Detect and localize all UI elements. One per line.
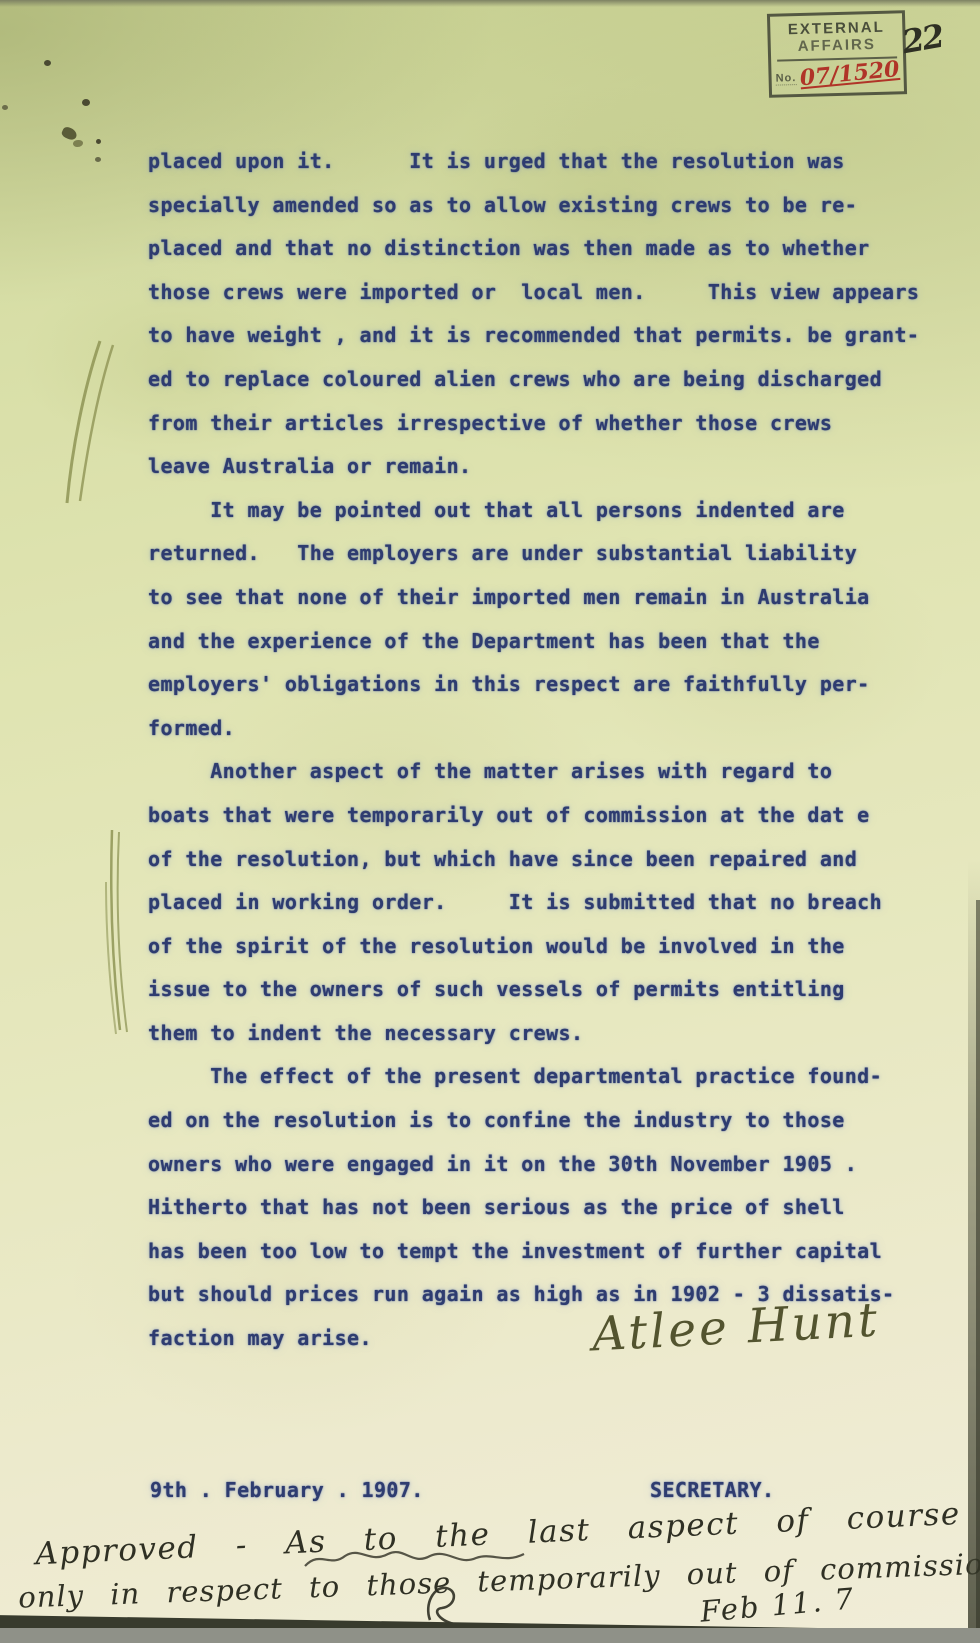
body-line: boats that were temporarily out of commi… (148, 794, 948, 838)
ink-speck (95, 157, 101, 162)
margin-emphasis-mark-lower (86, 822, 136, 1037)
ink-speck (96, 139, 101, 144)
body-line: placed in working order. It is submitted… (148, 881, 948, 925)
body-line: of the spirit of the resolution would be… (148, 925, 948, 969)
body-line: owners who were engaged in it on the 30t… (148, 1143, 948, 1187)
body-line: ed on the resolution is to confine the i… (148, 1099, 948, 1143)
body-line: Another aspect of the matter arises with… (148, 750, 948, 794)
body-line: employers' obligations in this respect a… (148, 663, 948, 707)
body-line: them to indent the necessary crews. (148, 1012, 948, 1056)
body-line: Hitherto that has not been serious as th… (148, 1186, 948, 1230)
body-line: those crews were imported or local men. … (148, 271, 948, 315)
body-line: to see that none of their imported men r… (148, 576, 948, 620)
body-line: leave Australia or remain. (148, 445, 948, 489)
body-line: and the experience of the Department has… (148, 620, 948, 664)
ink-speck (2, 105, 8, 110)
body-line: ed to replace coloured alien crews who a… (148, 358, 948, 402)
secretary-label: SECRETARY. (650, 1478, 774, 1502)
body-line: The effect of the present departmental p… (148, 1055, 948, 1099)
external-affairs-stamp: EXTERNAL AFFAIRS No. 07/1520 (767, 10, 907, 98)
body-line: It may be pointed out that all persons i… (148, 489, 948, 533)
body-line: formed. (148, 707, 948, 751)
ink-speck (82, 99, 90, 106)
stamp-file-number: 07/1520 (799, 59, 901, 89)
ink-speck (44, 60, 51, 66)
paper-right-edge-line (976, 900, 980, 1629)
body-line: to have weight , and it is recommended t… (148, 314, 948, 358)
stamp-department-line2: AFFAIRS (771, 35, 903, 55)
scanned-document-page: EXTERNAL AFFAIRS No. 07/1520 22 placed u… (0, 0, 980, 1643)
body-line: specially amended so as to allow existin… (148, 184, 948, 228)
body-line: placed upon it. It is urged that the res… (148, 140, 948, 184)
margin-emphasis-mark-upper (60, 333, 122, 513)
desk-surface-below-page (0, 1628, 980, 1643)
paper-top-edge (0, 0, 980, 7)
handwritten-page-number: 22 (899, 17, 946, 61)
body-line: has been too low to tempt the investment… (148, 1230, 948, 1274)
stamp-no-label: No. (775, 72, 796, 86)
body-line: returned. The employers are under substa… (148, 532, 948, 576)
body-line: from their articles irrespective of whet… (148, 402, 948, 446)
body-line: issue to the owners of such vessels of p… (148, 968, 948, 1012)
ink-blot (73, 140, 83, 147)
date-line: 9th . February . 1907. (150, 1478, 424, 1502)
body-line: placed and that no distinction was then … (148, 227, 948, 271)
typewritten-body: placed upon it. It is urged that the res… (148, 140, 948, 1361)
body-line: of the resolution, but which have since … (148, 838, 948, 882)
